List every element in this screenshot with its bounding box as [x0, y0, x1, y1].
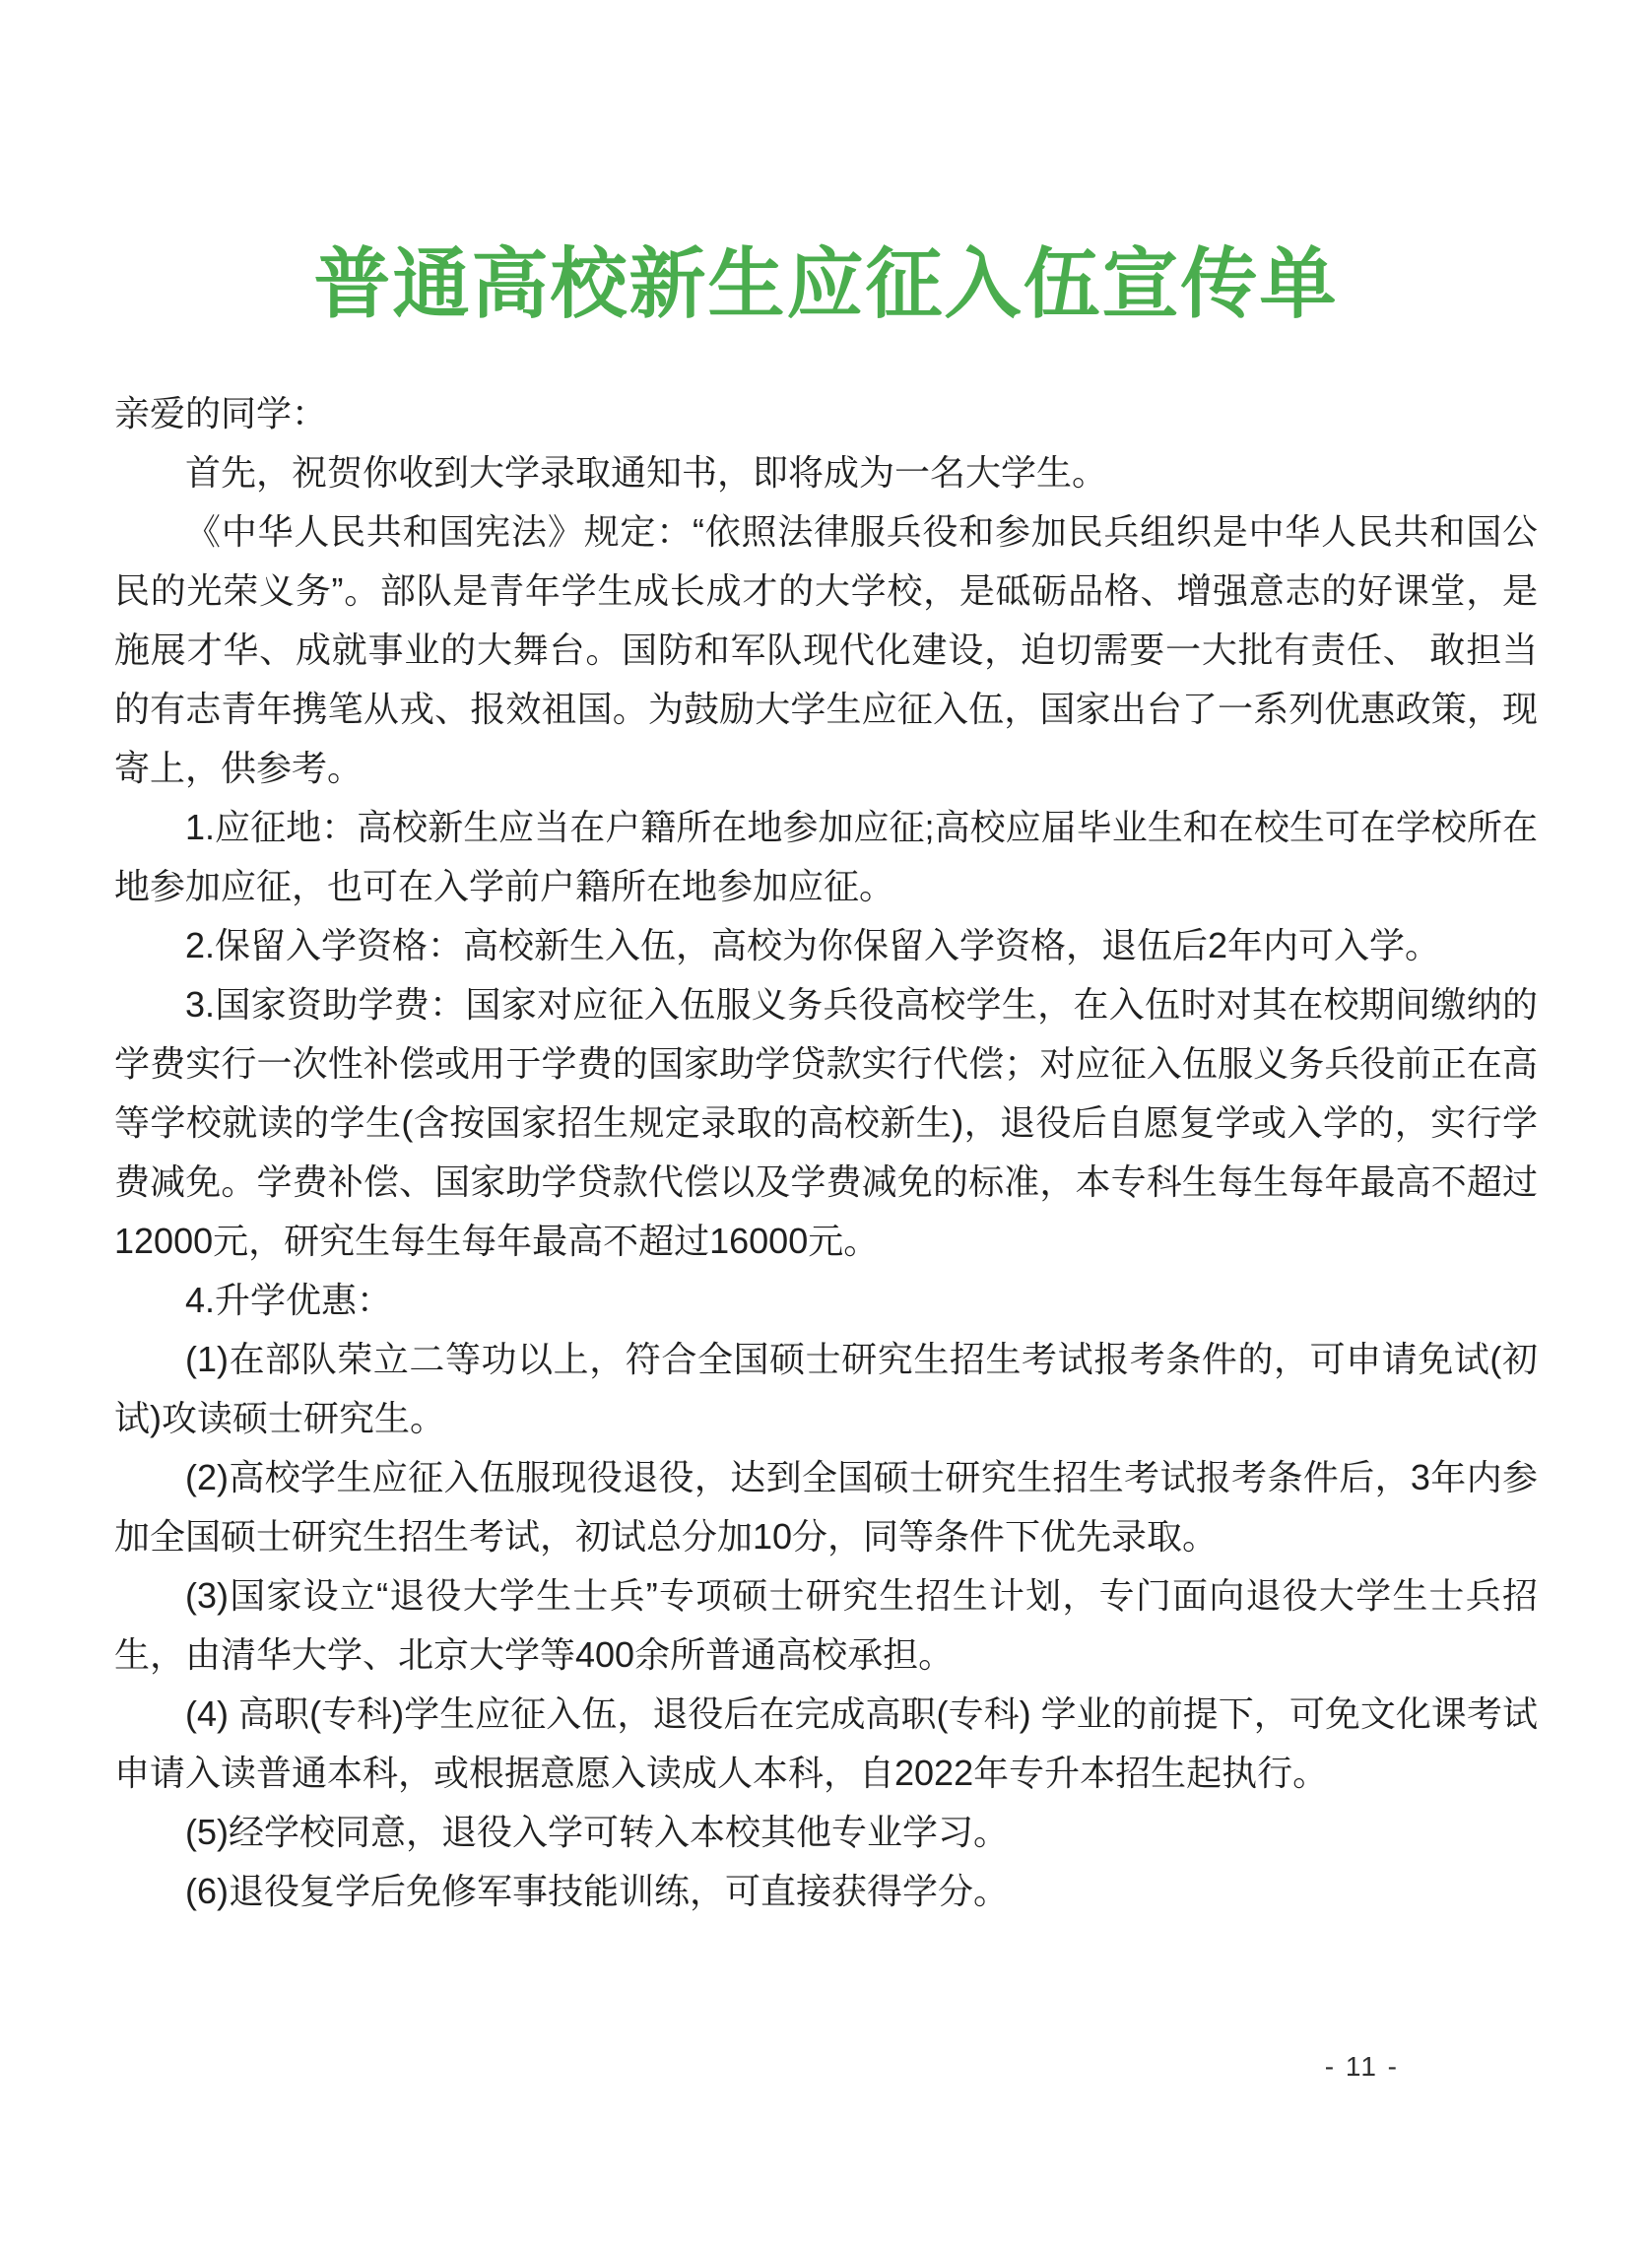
- paragraph: 《中华人民共和国宪法》规定：“依照法律服兵役和参加民兵组织是中华人民共和国公民的…: [114, 502, 1538, 798]
- paragraph: (6)退役复学后免修军事技能训练，可直接获得学分。: [114, 1862, 1538, 1921]
- paragraph: 3.国家资助学费：国家对应征入伍服义务兵役高校学生，在入伍时对其在校期间缴纳的学…: [114, 975, 1538, 1271]
- page-title: 普通高校新生应征入伍宣传单: [114, 236, 1538, 333]
- paragraph: (5)经学校同意，退役入学可转入本校其他专业学习。: [114, 1803, 1538, 1862]
- paragraph-list: 首先，祝贺你收到大学录取通知书，即将成为一名大学生。《中华人民共和国宪法》规定：…: [114, 443, 1538, 1921]
- flyer-page: 普通高校新生应征入伍宣传单 亲爱的同学： 首先，祝贺你收到大学录取通知书，即将成…: [0, 0, 1652, 2255]
- paragraph: (3)国家设立“退役大学生士兵”专项硕士研究生招生计划，专门面向退役大学生士兵招…: [114, 1566, 1538, 1685]
- paragraph: (4) 高职(专科)学生应征入伍，退役后在完成高职(专科) 学业的前提下，可免文…: [114, 1685, 1538, 1803]
- page-number: - 11 -: [1325, 2051, 1399, 2083]
- paragraph: (1)在部队荣立二等功以上，符合全国硕士研究生招生考试报考条件的，可申请免试(初…: [114, 1330, 1538, 1448]
- paragraph: 首先，祝贺你收到大学录取通知书，即将成为一名大学生。: [114, 443, 1538, 502]
- salutation: 亲爱的同学：: [114, 384, 1538, 443]
- paragraph: (2)高校学生应征入伍服现役退役，达到全国硕士研究生招生考试报考条件后，3年内参…: [114, 1448, 1538, 1566]
- paragraph: 1.应征地：高校新生应当在户籍所在地参加应征;高校应届毕业生和在校生可在学校所在…: [114, 798, 1538, 916]
- paragraph: 2.保留入学资格：高校新生入伍，高校为你保留入学资格，退伍后2年内可入学。: [114, 916, 1538, 975]
- paragraph: 4.升学优惠：: [114, 1271, 1538, 1330]
- letter-body: 亲爱的同学： 首先，祝贺你收到大学录取通知书，即将成为一名大学生。《中华人民共和…: [114, 384, 1538, 1921]
